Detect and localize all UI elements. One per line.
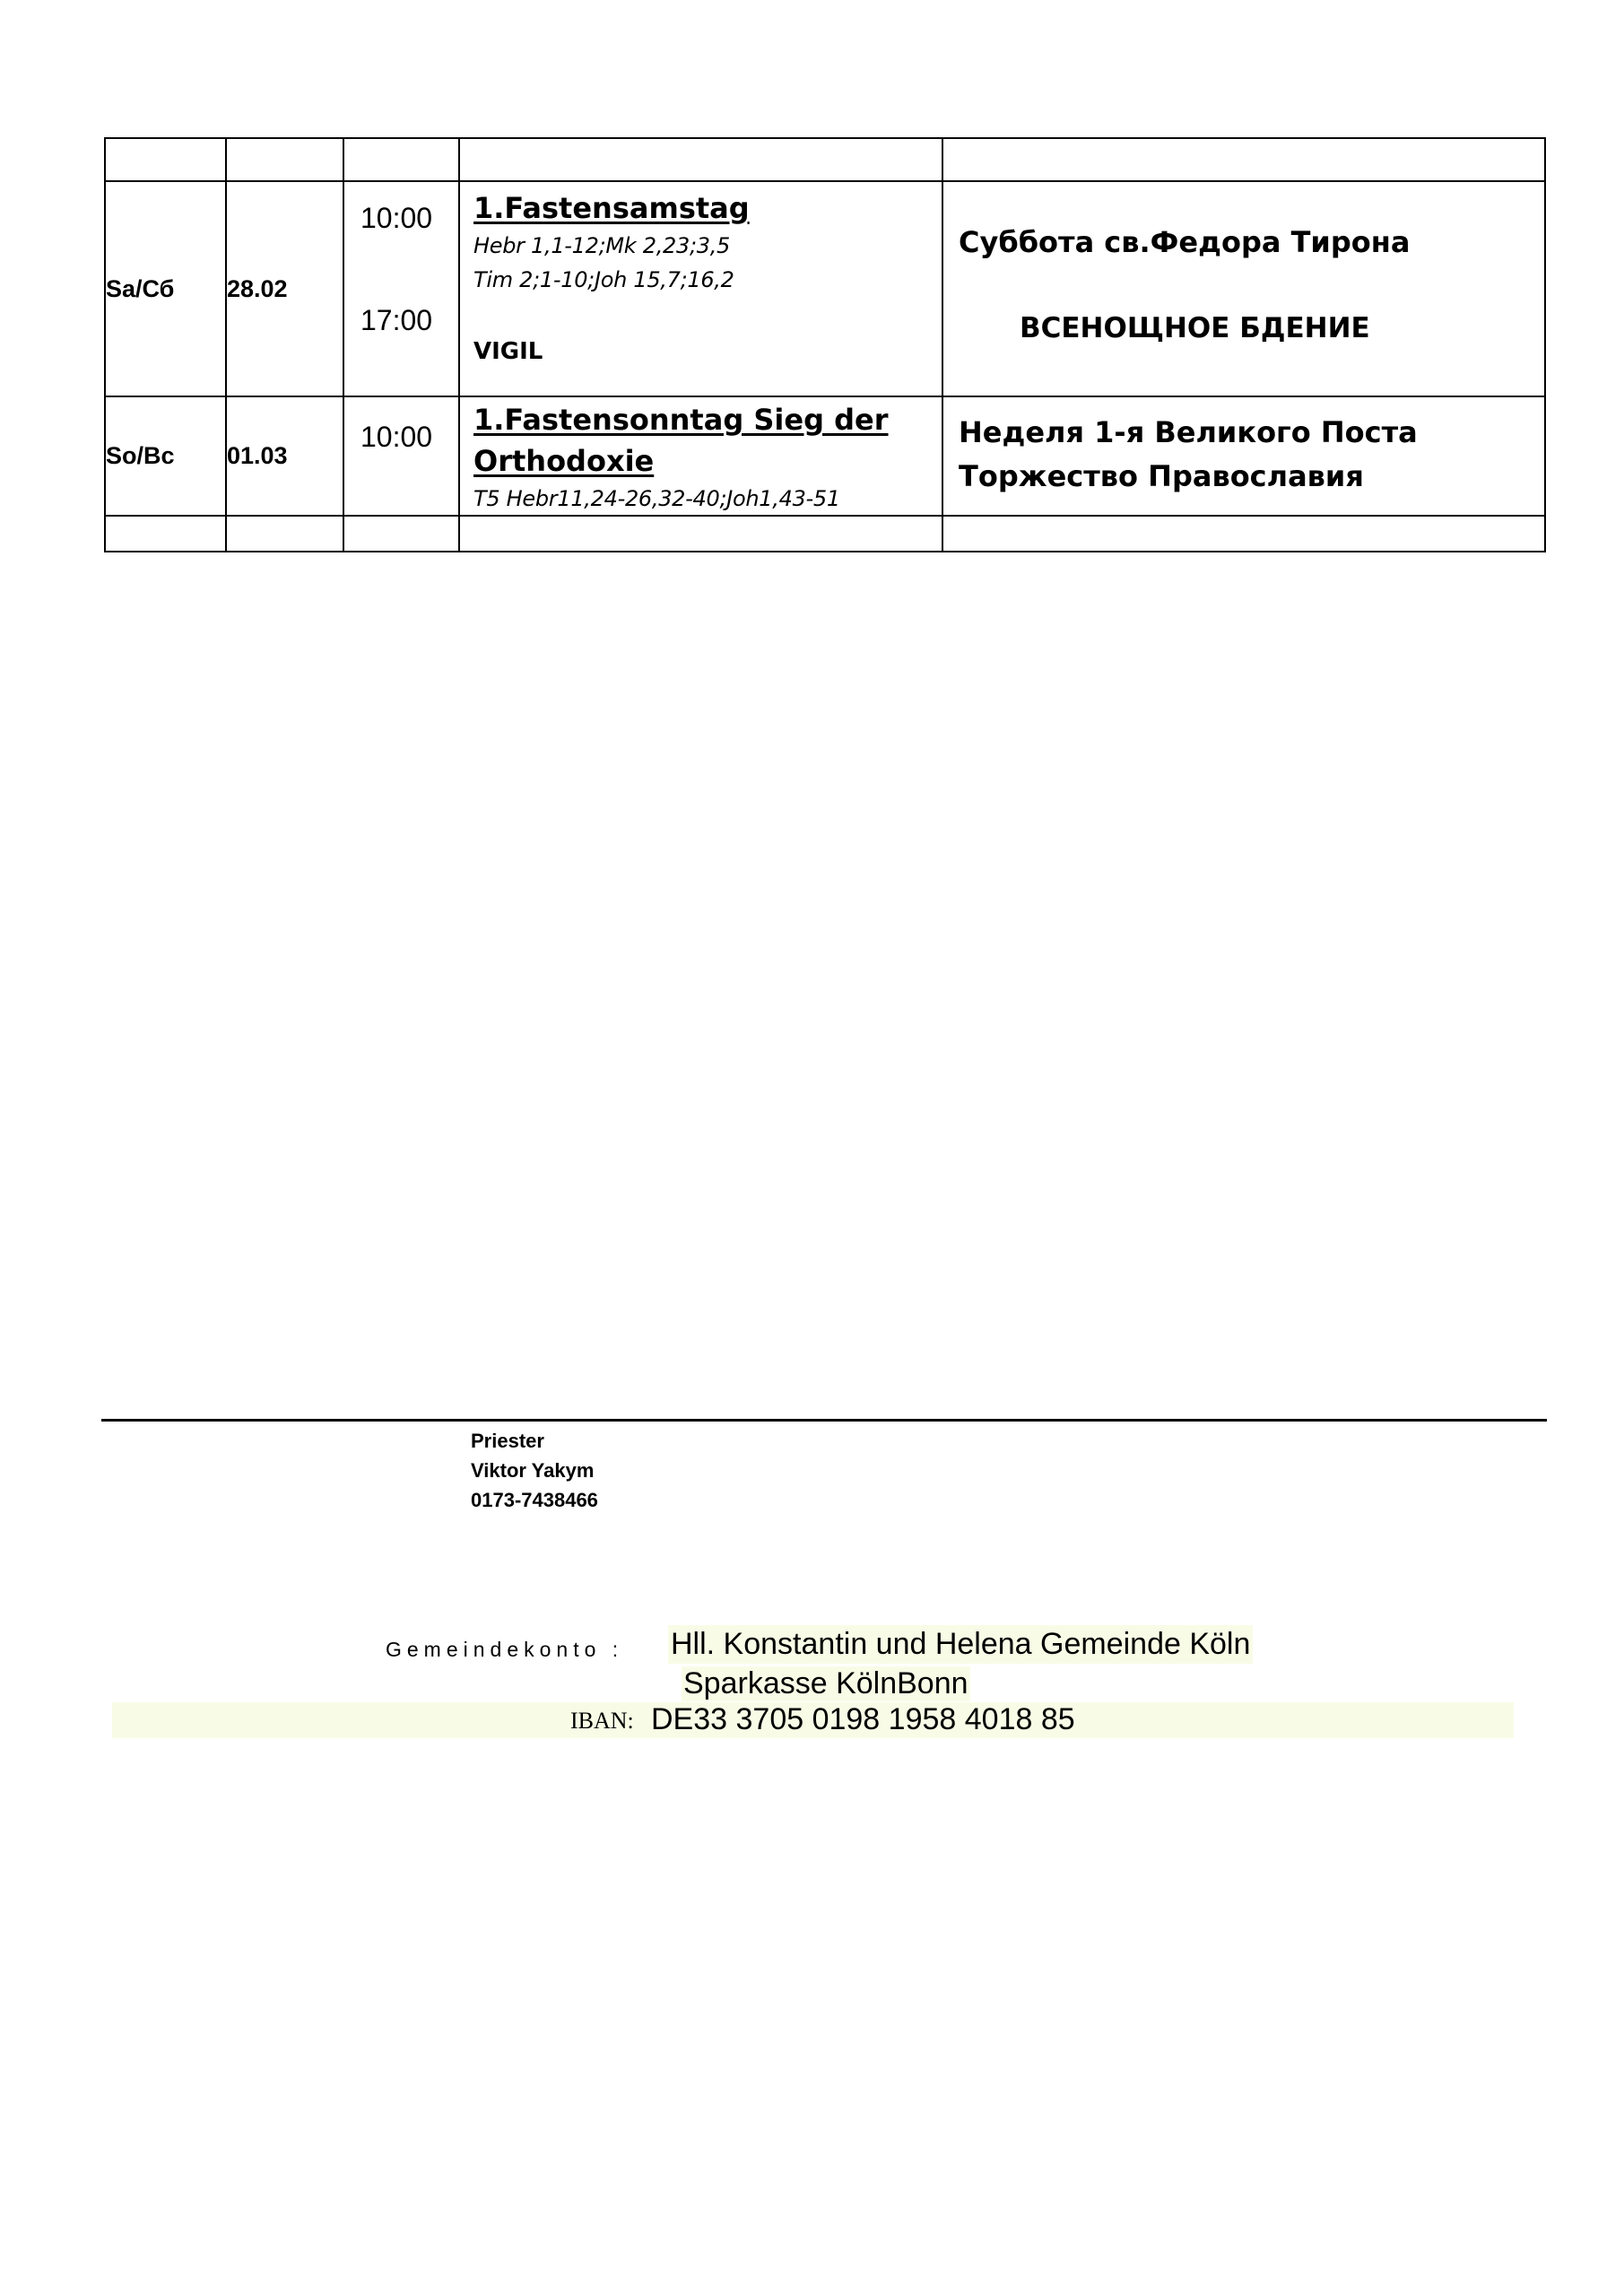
- table-row-saturday: Sa/Сб 28.02 10:00 17:00 1.Fastensamstag …: [105, 181, 1545, 396]
- russian-feast-title: Неделя 1-я Великого Поста: [959, 415, 1418, 449]
- time-cell: 10:00 17:00: [343, 181, 459, 396]
- day-cell: [105, 516, 226, 552]
- account-label: Gemeindekonto :: [386, 1638, 623, 1662]
- reading-text: T5 Hebr11,24-26,32-40;Joh1,43-51: [473, 482, 934, 516]
- reading-text: Tim 2;1-10;Joh 15,7;16,2: [473, 263, 934, 297]
- feast-title: 1.Fastensonntag Sieg der Orthodoxie: [473, 399, 934, 482]
- russian-cell: [942, 516, 1545, 552]
- russian-cell: Суббота св.Федора Тирона ВСЕНОЩНОЕ БДЕНИ…: [942, 181, 1545, 396]
- german-cell: 1.Fastensonntag Sieg der Orthodoxie T5 H…: [459, 396, 942, 516]
- time-cell: [343, 138, 459, 181]
- time-cell: 10:00: [343, 396, 459, 516]
- iban-value: DE33 3705 0198 1958 4018 85: [651, 1702, 1075, 1737]
- account-holder: Hll. Konstantin und Helena Gemeinde Köln: [668, 1625, 1253, 1664]
- russian-service-type: ВСЕНОЩНОЕ БДЕНИЕ: [1020, 312, 1370, 344]
- table-row-empty: [105, 516, 1545, 552]
- priest-role: Priester: [471, 1426, 598, 1456]
- russian-cell: [942, 138, 1545, 181]
- day-cell: Sa/Сб: [105, 181, 226, 396]
- date-cell: 01.03: [226, 396, 343, 516]
- table-row-empty: [105, 138, 1545, 181]
- service-type: VIGIL: [473, 338, 543, 365]
- time-cell: [343, 516, 459, 552]
- priest-name: Viktor Yakym: [471, 1456, 598, 1485]
- russian-feast-subtitle: Торжество Православия: [959, 459, 1364, 493]
- russian-feast-title: Суббота св.Федора Тирона: [959, 225, 1410, 259]
- reading-text: Hebr 1,1-12;Mk 2,23;3,5: [473, 229, 934, 263]
- service-time: 10:00: [360, 421, 432, 454]
- service-time: 10:00: [360, 202, 432, 235]
- date-cell: [226, 516, 343, 552]
- priest-contact: Priester Viktor Yakym 0173-7438466: [471, 1426, 598, 1515]
- day-cell: [105, 138, 226, 181]
- german-cell: [459, 516, 942, 552]
- feast-title: 1.Fastensamstag: [473, 187, 934, 229]
- day-cell: So/Вс: [105, 396, 226, 516]
- german-cell: [459, 138, 942, 181]
- service-time: 17:00: [360, 304, 432, 337]
- russian-cell: Неделя 1-я Великого Поста Торжество Прав…: [942, 396, 1545, 516]
- schedule-page: Sa/Сб 28.02 10:00 17:00 1.Fastensamstag …: [0, 0, 1624, 2296]
- date-cell: 28.02: [226, 181, 343, 396]
- footer-divider: [101, 1419, 1547, 1422]
- date-cell: [226, 138, 343, 181]
- table-row-sunday: So/Вс 01.03 10:00 1.Fastensonntag Sieg d…: [105, 396, 1545, 516]
- priest-phone: 0173-7438466: [471, 1485, 598, 1515]
- iban-label: IBAN:: [570, 1708, 634, 1735]
- german-cell: 1.Fastensamstag Hebr 1,1-12;Mk 2,23;3,5 …: [459, 181, 942, 396]
- bank-name: Sparkasse KölnBonn: [682, 1666, 970, 1701]
- service-schedule-table: Sa/Сб 28.02 10:00 17:00 1.Fastensamstag …: [104, 137, 1546, 552]
